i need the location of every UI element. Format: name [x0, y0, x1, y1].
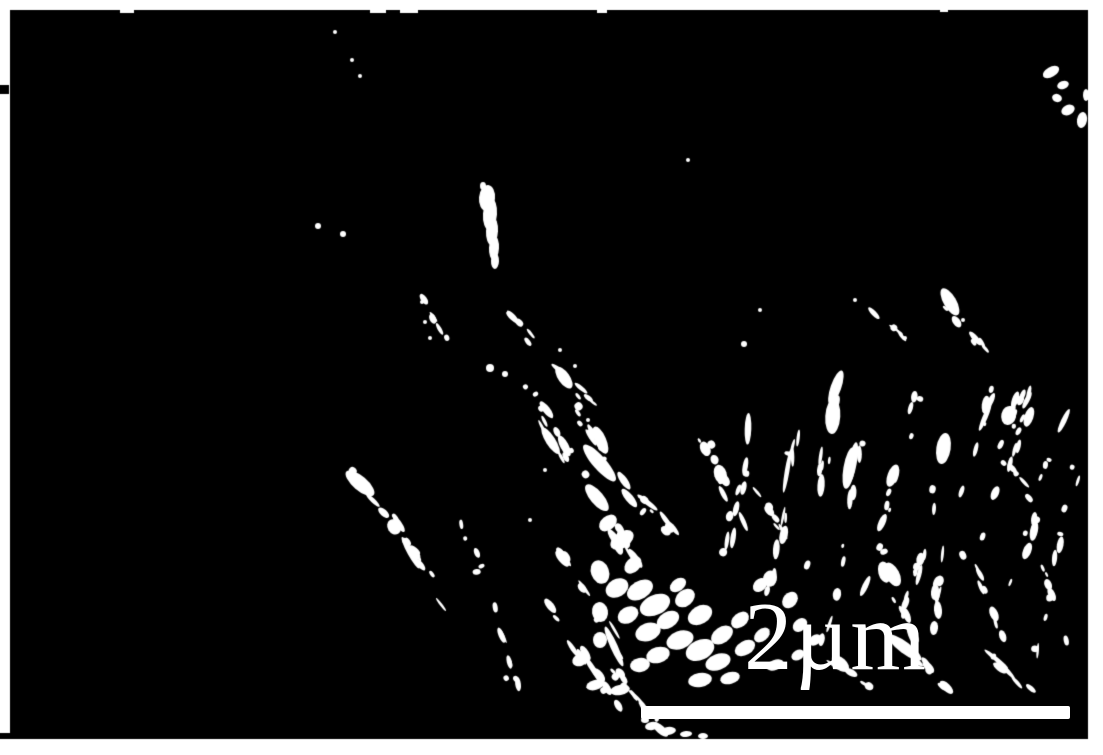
page-background: 2µm: [0, 0, 1103, 755]
micrograph-texture-canvas: [0, 0, 1103, 755]
scale-bar: [641, 706, 1070, 719]
micrograph-figure: 2µm: [0, 0, 1103, 755]
scale-bar-label: 2µm: [744, 588, 927, 685]
